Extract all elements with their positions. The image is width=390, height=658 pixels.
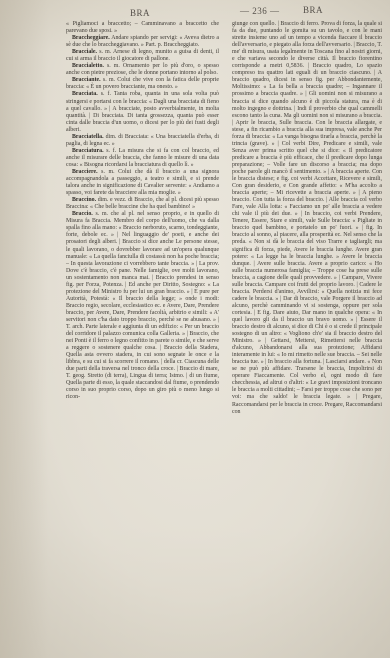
dictionary-page: BRA — 236 — BRA « Pigliamoci a braccetto… (0, 0, 390, 658)
right-column: giunge con quello. | Braccio di ferro. P… (232, 21, 382, 416)
dictionary-entry: Bracciata. s. f. Tanta roba, quanta in u… (66, 91, 219, 133)
dictionary-entry: « Pigliamoci a braccetto; – Camminavano … (66, 21, 219, 35)
entry-headword: Bracciante. (72, 77, 101, 83)
entry-headword: Bracciatella. (72, 134, 104, 140)
entry-headword: Braccio. (72, 211, 93, 217)
entry-definition: « Pigliamoci a braccetto; – Camminavano … (66, 21, 219, 34)
dictionary-entry: Braccio. s. m. che al pl. nel senso prop… (66, 211, 219, 401)
entry-headword: Bracciatura. (72, 148, 104, 154)
entry-headword: Braccino. (72, 197, 96, 203)
entry-headword: Braccialetto. (72, 63, 104, 69)
entry-headword: Bracciere. (72, 169, 98, 175)
right-guide-word: BRA (303, 5, 323, 15)
page-number: — 236 — (240, 6, 280, 16)
entry-headword: Bracciata. (72, 91, 98, 97)
dictionary-entry: Braccialetto. s. m. Ornamento per lo più… (66, 63, 219, 77)
dictionary-entry: giunge con quello. | Braccio di ferro. P… (232, 21, 382, 416)
dictionary-entry: Bracciale. s. m. Arnese di legno, munito… (66, 49, 219, 63)
entry-definition: s. m. che al pl. nel senso proprio, e in… (66, 211, 219, 400)
entry-headword: Braccheggiare. (72, 35, 110, 41)
left-column: « Pigliamoci a braccetto; – Camminavano … (66, 21, 219, 402)
left-guide-word: BRA (130, 8, 150, 18)
dictionary-entry: Bracciante. s. m. Colui che vive con la … (66, 77, 219, 91)
dictionary-entry: Bracciatura. s. f. La misura che si fa c… (66, 148, 219, 169)
entry-definition: s. f. Tanta roba, quanta in una sola vol… (66, 91, 219, 132)
entry-definition: giunge con quello. | Braccio di ferro. P… (232, 21, 382, 415)
dictionary-entry: Braccheggiare. Andare spiando per servig… (66, 35, 219, 49)
dictionary-entry: Bracciatella. dim. di Bracciata: « Una b… (66, 134, 219, 148)
dictionary-entry: Bracciere. s. m. Colui che dà il braccio… (66, 169, 219, 197)
dictionary-entry: Braccino. dim. e vezz. di Braccio, che a… (66, 197, 219, 211)
page-header: BRA — 236 — BRA (68, 5, 350, 19)
entry-headword: Bracciale. (72, 49, 97, 55)
